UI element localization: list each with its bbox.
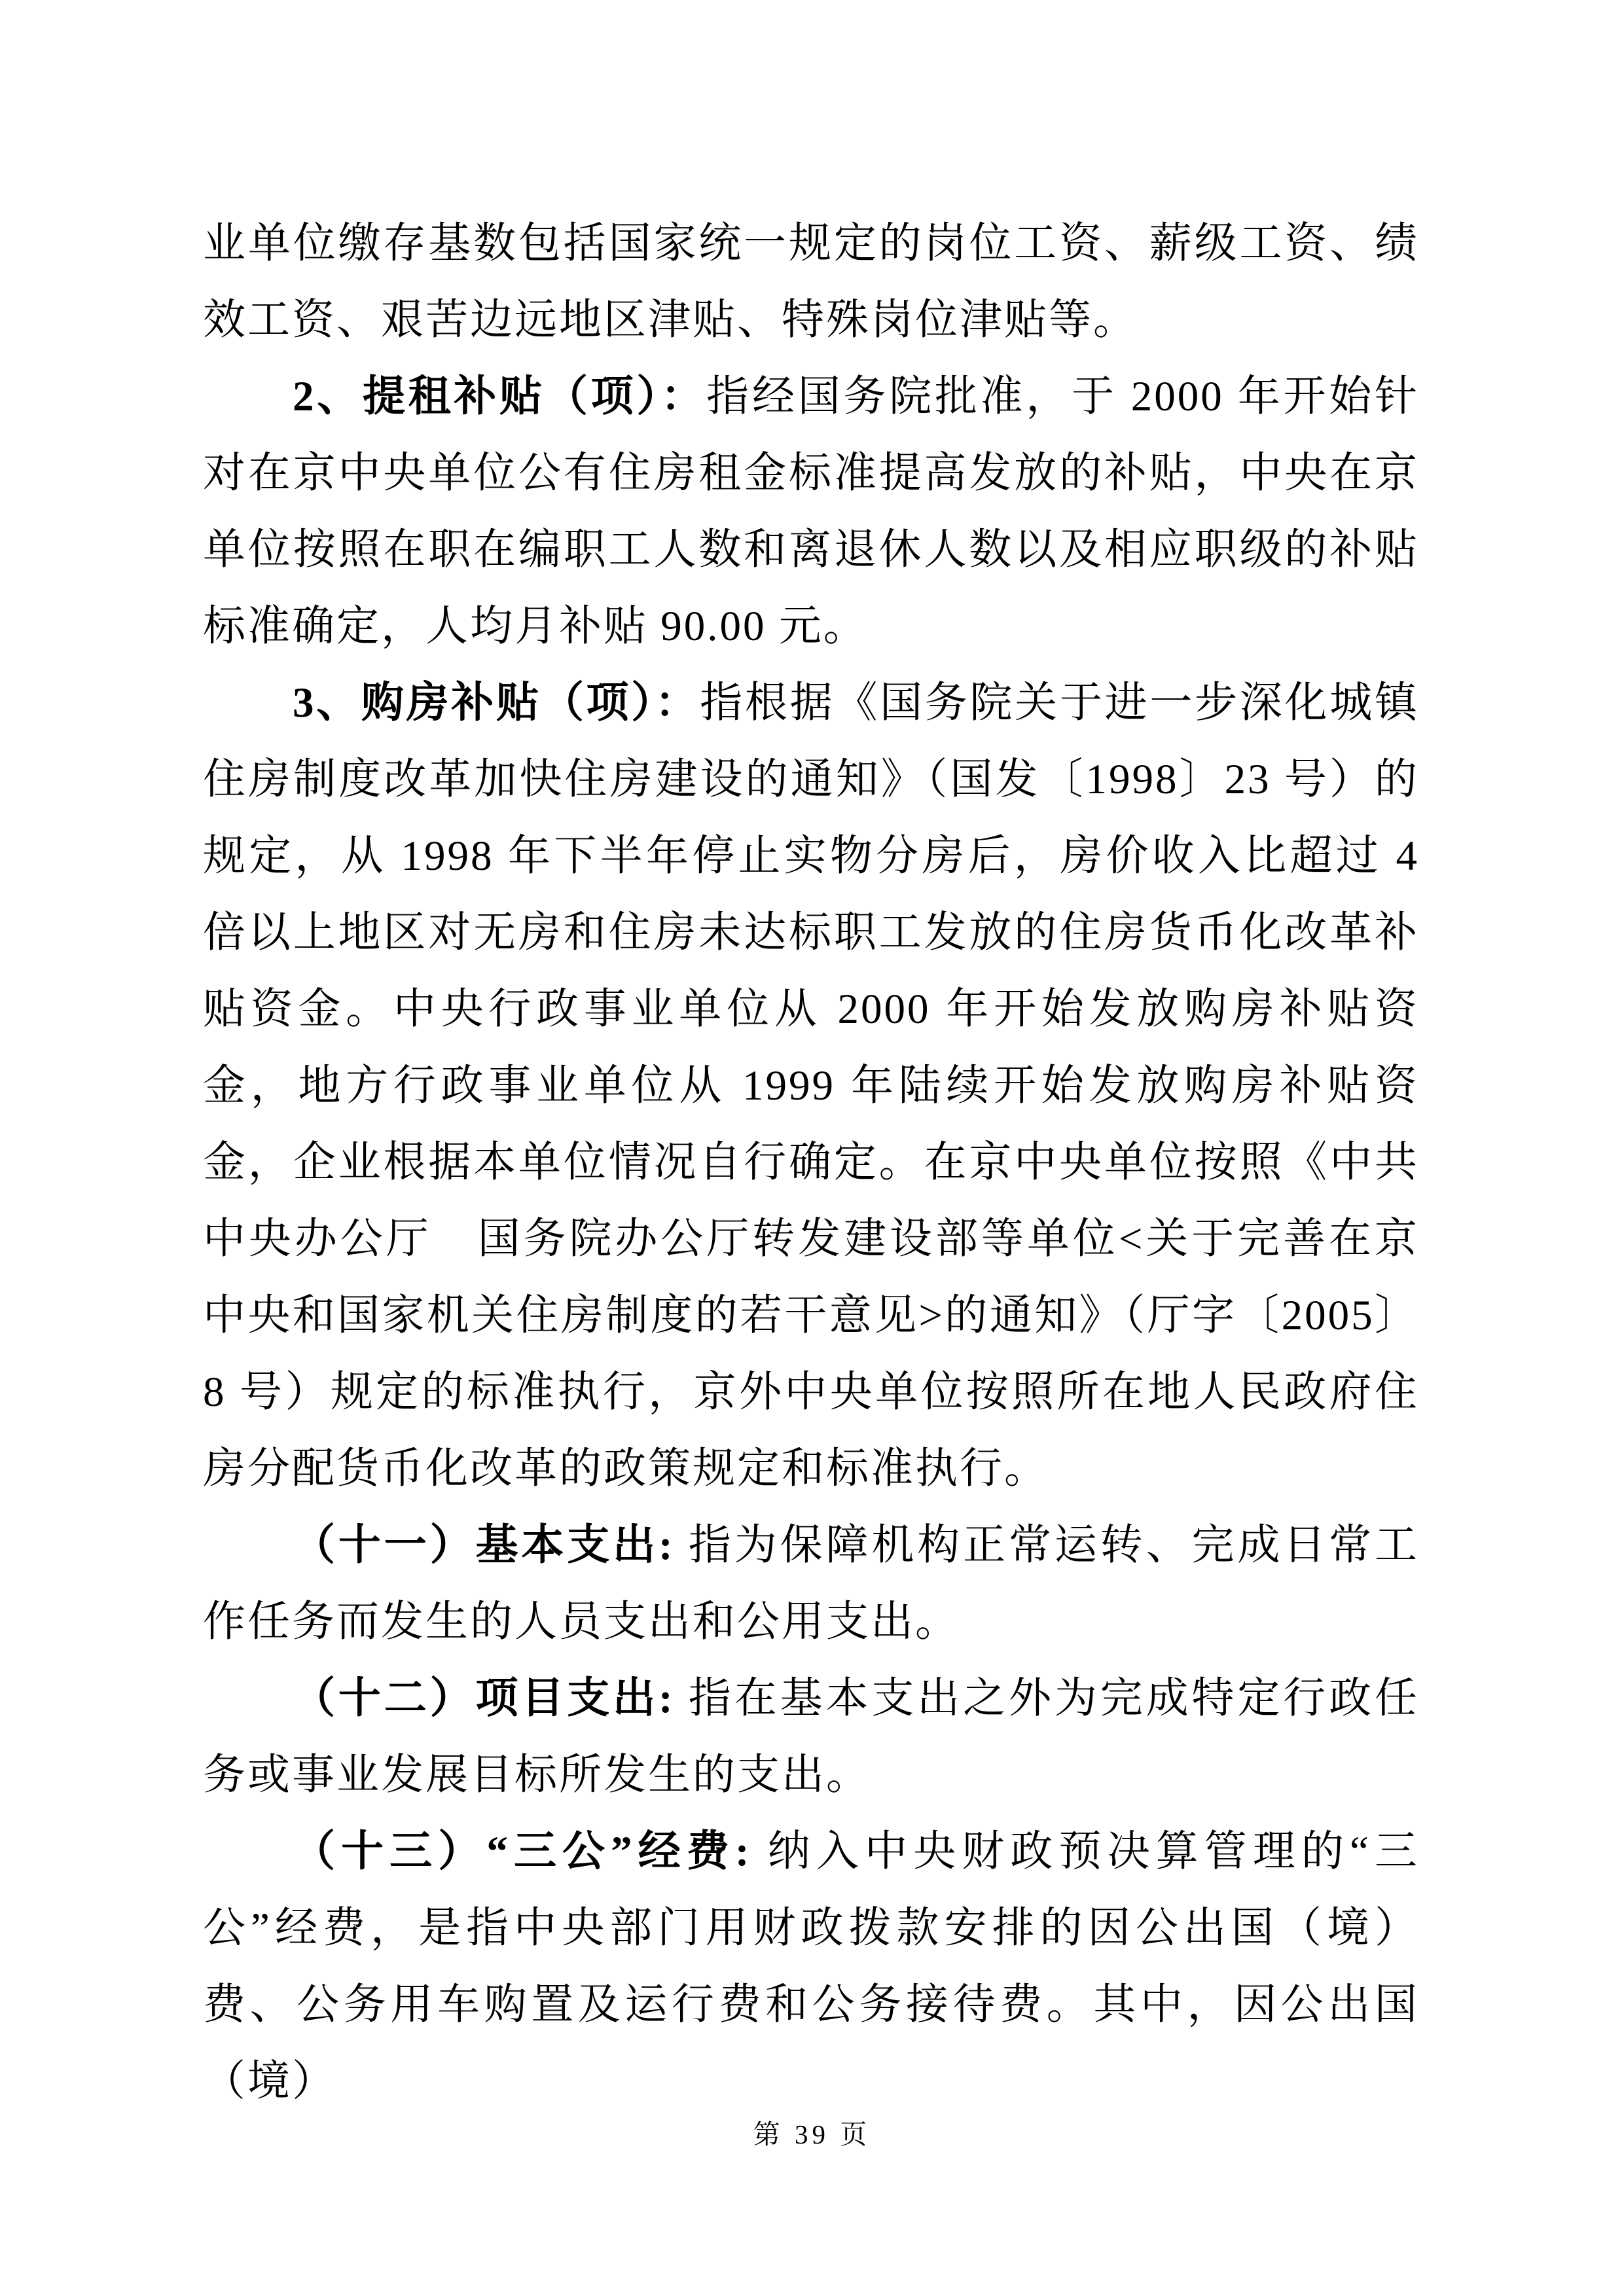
document-page: 业单位缴存基数包括国家统一规定的岗位工资、薪级工资、绩效工资、艰苦边远地区津贴、…	[0, 0, 1624, 2296]
paragraph: 业单位缴存基数包括国家统一规定的岗位工资、薪级工资、绩效工资、艰苦边远地区津贴、…	[203, 206, 1419, 359]
paragraph: （十一）基本支出: 指为保障机构正常运转、完成日常工作任务而发生的人员支出和公用…	[203, 1507, 1419, 1660]
bold-run: （十三）“三公”经费:	[293, 1828, 751, 1875]
paragraph: 3、购房补贴（项）：指根据《国务院关于进一步深化城镇住房制度改革加快住房建设的通…	[203, 665, 1419, 1507]
bold-run: 3、购房补贴（项）：	[293, 679, 700, 726]
text-run: 指根据《国务院关于进一步深化城镇住房制度改革加快住房建设的通知》（国发〔1998…	[203, 679, 1419, 1492]
page-number: 第 39 页	[0, 2113, 1624, 2151]
paragraph: 2、提租补贴（项）：指经国务院批准，于 2000 年开始针对在京中央单位公有住房…	[203, 359, 1419, 665]
paragraph: （十三）“三公”经费: 纳入中央财政预决算管理的“三公”经费，是指中央部门用财政…	[203, 1814, 1419, 2120]
text-run: 业单位缴存基数包括国家统一规定的岗位工资、薪级工资、绩效工资、艰苦边远地区津贴、…	[203, 220, 1419, 344]
bold-run: （十二）项目支出:	[293, 1675, 675, 1722]
bold-run: 2、提租补贴（项）：	[293, 373, 706, 420]
paragraph: （十二）项目支出: 指在基本支出之外为完成特定行政任务或事业发展目标所发生的支出…	[203, 1660, 1419, 1814]
bold-run: （十一）基本支出:	[293, 1522, 675, 1569]
document-body: 业单位缴存基数包括国家统一规定的岗位工资、薪级工资、绩效工资、艰苦边远地区津贴、…	[203, 206, 1419, 2120]
